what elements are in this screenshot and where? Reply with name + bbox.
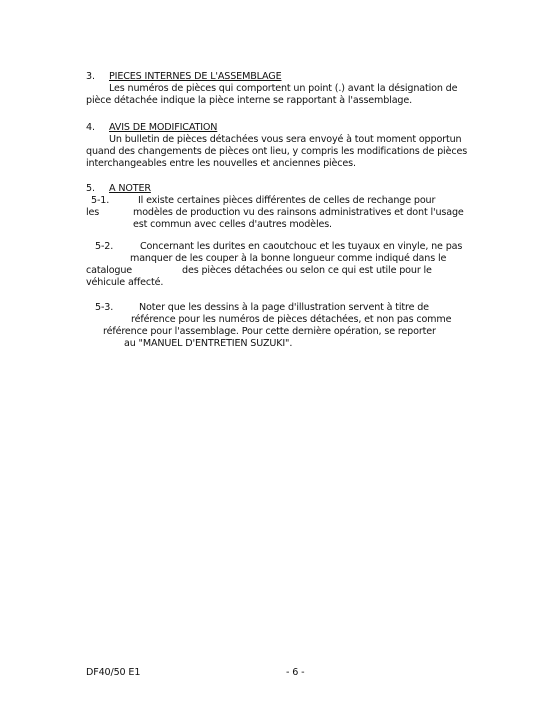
item-5-1-line-2b: modèles de production vu des rainsons ad… [133,207,464,219]
item-5-3-line-3: référence pour l'assemblage. Pour cette … [103,326,436,338]
section-4-line-2: quand des changements de pièces ont lieu… [86,146,467,158]
item-5-3-line-4: au "MANUEL D'ENTRETIEN SUZUKI". [124,338,292,350]
section-5-title: A NOTER [109,183,151,195]
item-5-2-line-2: manquer de les couper à la bonne longueu… [130,253,446,265]
section-3-line-1: Les numéros de pièces qui comportent un … [109,83,457,95]
section-3-title: PIECES INTERNES DE L'ASSEMBLAGE [109,71,282,83]
item-5-1-line-2a: les [86,207,99,219]
section-3-number: 3. [86,71,95,83]
item-5-3-line-1: Noter que les dessins à la page d'illust… [139,302,429,314]
section-4-title: AVIS DE MODIFICATION [109,122,217,134]
item-5-2-line-3a: catalogue [86,265,132,277]
section-4-line-1: Un bulletin de pièces détachées vous ser… [109,134,461,146]
item-5-1-line-1: Il existe certaines pièces différentes d… [138,195,435,207]
item-5-2-number: 5-2. [95,241,113,253]
item-5-3-number: 5-3. [95,302,113,314]
section-3-line-2: pièce détachée indique la pièce interne … [86,95,412,107]
item-5-2-line-3b: des pièces détachées ou selon ce qui est… [182,265,432,277]
item-5-2-line-1: Concernant les durites en caoutchouc et … [140,241,462,253]
item-5-1-line-3: est commun avec celles d'autres modèles. [133,219,332,231]
section-4-line-3: interchangeables entre les nouvelles et … [86,158,356,170]
item-5-1-number: 5-1. [91,195,109,207]
item-5-3-line-2: référence pour les numéros de pièces dét… [131,314,451,326]
footer-page-number: - 6 - [286,667,304,679]
footer-model: DF40/50 E1 [86,667,140,679]
section-4-number: 4. [86,122,95,134]
item-5-2-line-4: véhicule affecté. [86,277,163,289]
section-5-number: 5. [86,183,95,195]
